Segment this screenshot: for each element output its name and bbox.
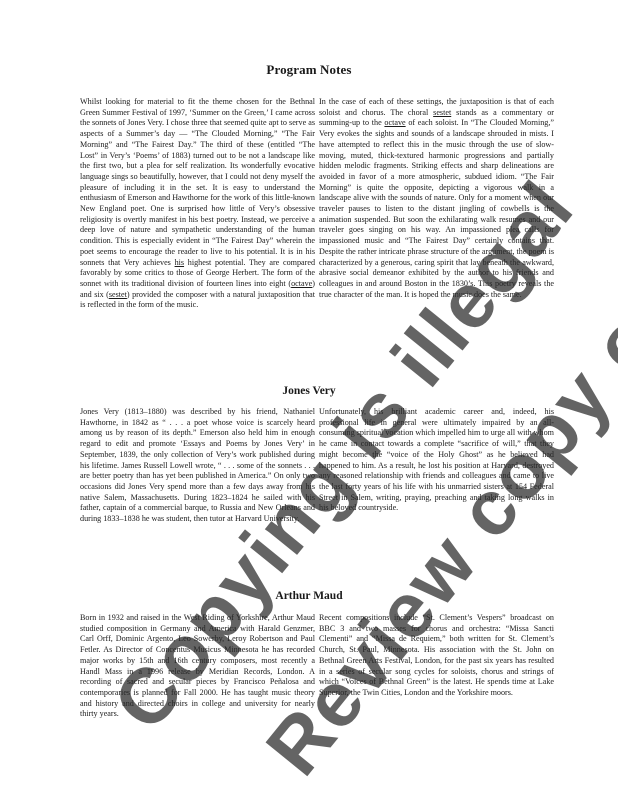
document-page: Program Notes Whilst looking for materia… xyxy=(0,0,618,800)
section-title-jones-very: Jones Very xyxy=(0,385,618,397)
underlined-octave: octave xyxy=(291,279,312,288)
underlined-octave: octave xyxy=(384,118,405,127)
section-title-arthur-maud: Arthur Maud xyxy=(0,590,618,602)
jones-very-right-column: Unfortunately, his brilliant academic ca… xyxy=(319,407,554,514)
arthur-maud-right-column: Recent compositions include “St. Clement… xyxy=(319,613,554,699)
intro-left-text: Whilst looking for material to fit the t… xyxy=(80,97,315,267)
underlined-sestet: sestet xyxy=(109,290,127,299)
jones-very-left-column: Jones Very (1813–1880) was described by … xyxy=(80,407,315,525)
intro-right-column: In the case of each of these settings, t… xyxy=(319,97,554,300)
intro-left-column: Whilst looking for material to fit the t… xyxy=(80,97,315,311)
underlined-his: his xyxy=(175,258,184,267)
intro-right-text-3: of each soloist. In “The Clouded Morning… xyxy=(319,118,554,298)
arthur-maud-left-column: Born in 1932 and raised in the West Ridi… xyxy=(80,613,315,720)
page-title: Program Notes xyxy=(0,62,618,78)
underlined-sestet: sestet xyxy=(433,108,451,117)
